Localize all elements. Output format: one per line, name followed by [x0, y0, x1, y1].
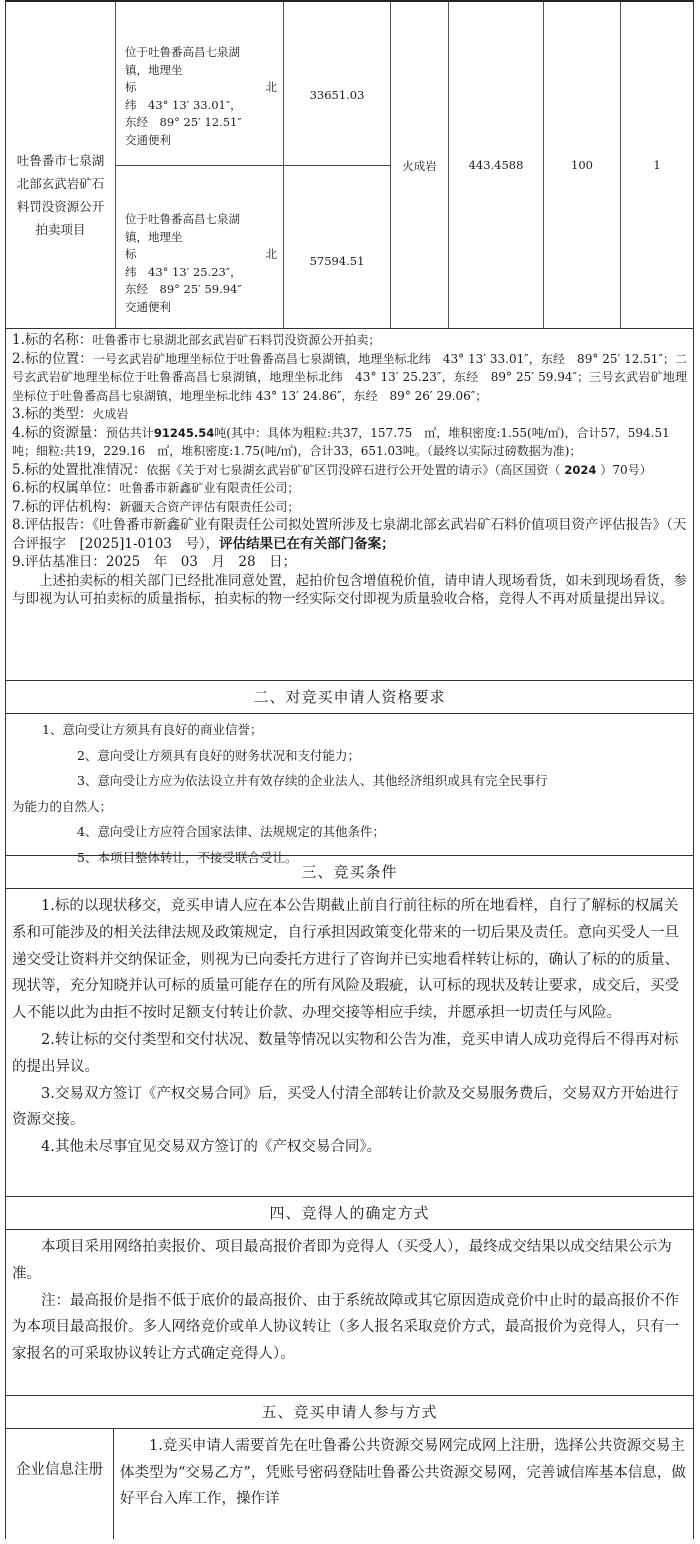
winner-note: 注：最高报价是指不低于底价的最高报价、由于系统故障或其它原因造成竞价中止时的最高… — [12, 1288, 687, 1368]
loc-line: 标 — [125, 246, 137, 264]
section-4-title: 四、竞得人的确定方式 — [6, 1197, 693, 1230]
registration-label: 企业信息注册 — [6, 1429, 114, 1539]
winner-method: 本项目采用网络拍卖报价、项目最高报价者即为竞得人（买受人），最终成交结果以成交结… — [12, 1234, 687, 1288]
details-block: 1.标的名称：吐鲁番市七泉湖北部玄武岩矿石料罚没资源公开拍卖； 2.标的位置：一… — [6, 329, 693, 681]
rock-type-cell: 火成岩 — [391, 2, 449, 328]
loc-line: 北 — [266, 246, 278, 264]
loc-line: 交通便利 — [125, 132, 277, 150]
project-name-cell: 吐鲁番市七泉湖北部玄武岩矿石料罚没资源公开拍卖项目 — [6, 2, 116, 328]
item-appraiser: 新疆天合资产评估有限责任公司； — [119, 500, 299, 514]
item-base-date: 2025 年 03 月 28 日； — [106, 554, 296, 570]
loc-line: 交通便利 — [125, 299, 277, 317]
condition-item: 3.交易双方签订《产权交易合同》后，买受人付清全部转让价款及交易服务费后，交易双… — [12, 1081, 687, 1135]
quantity-2: 57594.51 — [284, 254, 390, 268]
increment: 100 — [544, 158, 620, 172]
loc-line: 位于吐鲁番高昌七泉湖 — [125, 211, 277, 229]
item-name: 吐鲁番市七泉湖北部玄武岩矿石料罚没资源公开拍卖； — [92, 333, 380, 347]
section-4-body: 本项目采用网络拍卖报价、项目最高报价者即为竞得人（买受人），最终成交结果以成交结… — [6, 1230, 693, 1396]
loc-line: 镇，地理坐 — [125, 229, 277, 247]
item-location: 一号玄武岩矿地理坐标位于吐鲁番高昌七泉湖镇，地理坐标北纬 43° 13′ 33.… — [12, 352, 687, 403]
requirement-item: 为能力的自然人； — [12, 794, 687, 820]
section-2-body: 1、意向受让方须具有良好的商业信誉； 2、意向受让方须具有良好的财务状况和支付能… — [6, 714, 693, 856]
requirement-item: 2、意向受让方须具有良好的财务状况和支付能力； — [12, 743, 687, 769]
location-cell-2: 位于吐鲁番高昌七泉湖 镇，地理坐 标北 纬 43° 13′ 25.23″， 东经… — [116, 166, 283, 328]
rock-type: 火成岩 — [391, 158, 448, 174]
item-table: 吐鲁番市七泉湖北部玄武岩矿石料罚没资源公开拍卖项目 位于吐鲁番高昌七泉湖 镇，地… — [6, 2, 693, 329]
project-name: 吐鲁番市七泉湖北部玄武岩矿石料罚没资源公开拍卖项目 — [6, 149, 115, 241]
loc-line: 北 — [266, 79, 278, 97]
loc-line: 东经 89° 25′ 12.51″ — [125, 114, 277, 132]
location-cell-1: 位于吐鲁番高昌七泉湖 镇，地理坐 标北 纬 43° 13′ 33.01″， 东经… — [116, 2, 283, 166]
announcement-document: 吐鲁番市七泉湖北部玄武岩矿石料罚没资源公开拍卖项目 位于吐鲁番高昌七泉湖 镇，地… — [5, 0, 694, 1539]
unit-price-cell: 443.4588 — [449, 2, 544, 328]
loc-line: 东经 89° 25′ 59.94″ — [125, 281, 277, 299]
requirement-item: 4、意向受让方应符合国家法律、法规规定的其他条件； — [12, 819, 687, 845]
item-approval: 依据《关于对七泉湖玄武岩矿矿区罚没碎石进行公开处置的请示》（高区国资（ — [146, 463, 560, 477]
item-note: 上述拍卖标的相关部门已经批准同意处置，起拍价包含增值税价值，请申请人现场看货，如… — [12, 572, 687, 609]
section-2-title: 二、对竞买申请人资格要求 — [6, 681, 693, 714]
loc-line: 纬 43° 13′ 33.01″， — [125, 97, 277, 115]
condition-item: 4.其他未尽事宜见交易双方签订的《产权交易合同》。 — [12, 1134, 687, 1161]
unit-price: 443.4588 — [449, 158, 543, 172]
quantity-1: 33651.03 — [284, 88, 390, 102]
item-owner: 吐鲁番市新鑫矿业有限责任公司； — [119, 481, 299, 495]
item-type: 火成岩 — [92, 407, 128, 421]
section-3-body: 1.标的以现状移交，竞买申请人应在本公告期截止前自行前往标的所在地看样，自行了解… — [6, 889, 693, 1197]
location-column: 位于吐鲁番高昌七泉湖 镇，地理坐 标北 纬 43° 13′ 33.01″， 东经… — [116, 2, 284, 328]
loc-line: 位于吐鲁番高昌七泉湖 — [125, 44, 277, 62]
increment-cell: 100 — [544, 2, 621, 328]
count: 1 — [621, 158, 693, 172]
registration-row: 企业信息注册 1.竞买申请人需要首先在吐鲁番公共资源交易网完成网上注册，选择公共… — [6, 1429, 693, 1539]
count-cell: 1 — [621, 2, 693, 328]
condition-item: 2.转让标的交付类型和交付状况、数量等情况以实物和公告为准，竞买申请人成功竞得后… — [12, 1027, 687, 1081]
item-total-quantity: 91245.54 — [154, 426, 214, 440]
registration-text: 1.竞买申请人需要首先在吐鲁番公共资源交易网完成网上注册，选择公共资源交易主体类… — [120, 1433, 687, 1513]
condition-item: 1.标的以现状移交，竞买申请人应在本公告期截止前自行前往标的所在地看样，自行了解… — [12, 893, 687, 1027]
section-5-title: 五、竞买申请人参与方式 — [6, 1396, 693, 1429]
requirement-item: 1、意向受让方须具有良好的商业信誉； — [12, 717, 687, 743]
quantity-column: 33651.03 57594.51 — [284, 2, 391, 328]
loc-line: 标 — [125, 79, 137, 97]
requirement-item: 3、意向受让方应为依法设立并有效存续的企业法人、其他经济组织或具有完全民事行 — [12, 768, 687, 794]
loc-line: 纬 43° 13′ 25.23″， — [125, 264, 277, 282]
loc-line: 镇，地理坐 — [125, 62, 277, 80]
